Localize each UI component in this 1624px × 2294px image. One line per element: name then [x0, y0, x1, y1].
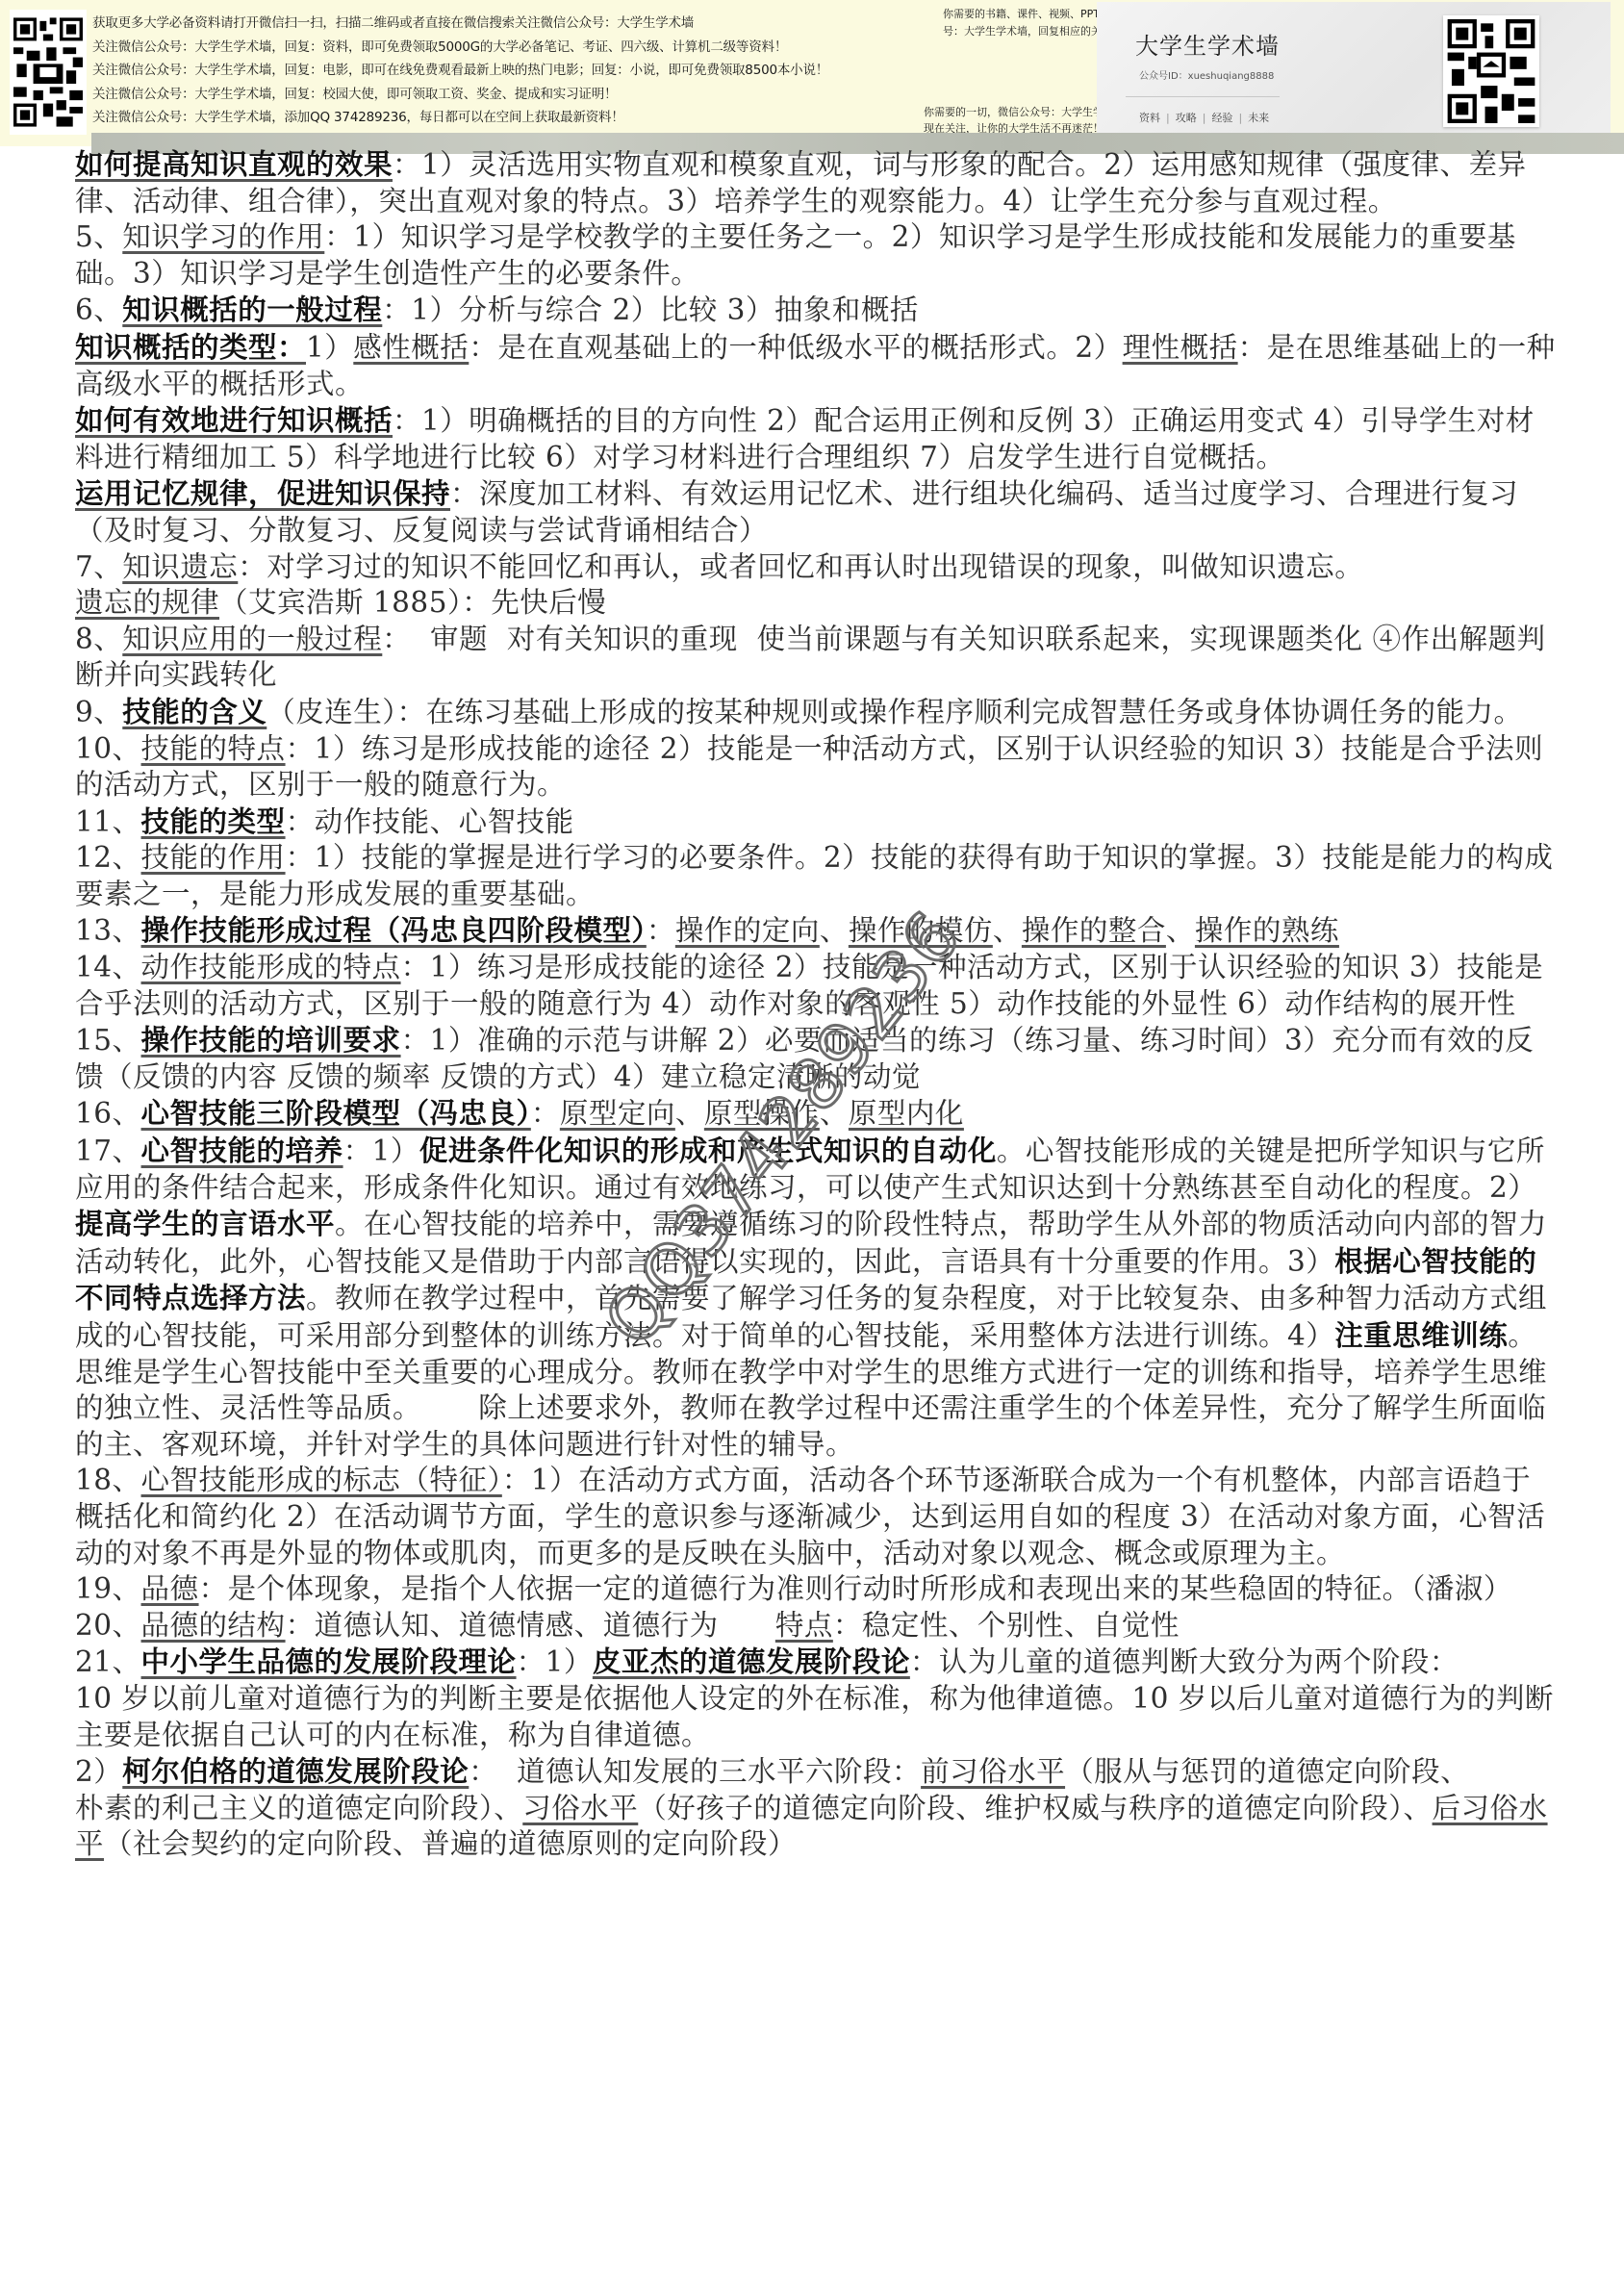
stage-item: 原型操作: [704, 1097, 820, 1130]
paragraph-6: 6、知识概括的一般过程：1）分析与综合 2）比较 3）抽象和概括: [75, 292, 1557, 329]
paragraph-6-methods: 如何有效地进行知识概括：1）明确概括的目的方向性 2）配合运用正例和反例 3）正…: [75, 402, 1557, 475]
promo-line: 获取更多大学必备资料请打开微信扫一扫，扫描二维码或者直接在微信搜索关注微信公众号…: [92, 12, 1074, 36]
body-text: 2）: [75, 1755, 122, 1788]
paragraph-20: 20、品德的结构：道德认知、道德情感、道德行为 特点：稳定性、个别性、自觉性: [75, 1608, 1557, 1644]
heading: 技能的含义: [122, 695, 266, 728]
body-text: ：1）技能的掌握是进行学习的必要条件。2）技能的获得有助于知识的掌握。3）技能是…: [75, 841, 1553, 910]
colon: ：: [531, 1097, 560, 1130]
body-text: （社会契约的定向阶段、普遍的道德原则的定向阶段）: [104, 1827, 797, 1860]
heading: 操作技能形成过程（冯忠良四阶段模型）: [141, 913, 647, 947]
key-point: 促进条件化知识的形成和产生式知识的自动化: [419, 1134, 997, 1167]
body-text: 朴素的利己主义的道德定向阶段）、: [75, 1792, 522, 1824]
qr-code-icon: [13, 13, 83, 131]
heading: 遗忘的规律: [75, 586, 219, 619]
paragraph-16: 16、心智技能三阶段模型（冯忠良）：原型定向、原型操作、原型内化: [75, 1095, 1557, 1133]
stage-item: 操作的熟练: [1195, 914, 1339, 947]
paragraph-11: 11、技能的类型：动作技能、心智技能: [75, 803, 1557, 841]
stage-item: 操作的定向: [675, 914, 820, 947]
item-number: 9、: [75, 696, 122, 728]
item-number: 17、: [75, 1134, 141, 1167]
paragraph-21-kohlberg: 2）柯尔伯格的道德发展阶段论： 道德认知发展的三水平六阶段：前习俗水平（服从与惩…: [75, 1753, 1557, 1791]
heading: 操作技能的培训要求: [141, 1023, 401, 1057]
body-text: 1）: [306, 331, 353, 364]
paragraph-6-review: （及时复习、分散复习、反复阅读与尝试背诵相结合）: [75, 513, 1557, 549]
body-text: （皮连生）：在练习基础上形成的按某种规则或操作程序顺利完成智慧任务或身体协调任务…: [266, 696, 1522, 728]
paragraph-7-law: 遗忘的规律（艾宾浩斯 1885）：先快后慢: [75, 585, 1557, 622]
body-text: （服从与惩罚的道德定向阶段、: [1065, 1755, 1469, 1788]
item-number: 5、: [75, 220, 122, 253]
body-text: ：稳定性、个别性、自觉性: [833, 1609, 1180, 1642]
paragraph-9: 9、技能的含义（皮连生）：在练习基础上形成的按某种规则或操作程序顺利完成智慧任务…: [75, 694, 1557, 731]
item-number: 12、: [75, 841, 141, 874]
body-text: （好孩子的道德定向阶段、维护权威与秩序的道德定向阶段）、: [638, 1792, 1432, 1824]
heading: 知识应用的一般过程: [122, 623, 382, 655]
separator: 、: [1166, 914, 1195, 947]
body-text: ：1）练习是形成技能的途径 2）技能是一种活动方式，区别于认识经验的知识 3）技…: [75, 732, 1543, 802]
divider: [1126, 96, 1280, 97]
paragraph-6-types: 知识概括的类型：1）感性概括：是在直观基础上的一种低级水平的概括形式。2）理性概…: [75, 329, 1557, 402]
separator: 、: [993, 914, 1022, 947]
paragraph-21-levels: 朴素的利己主义的道德定向阶段）、习俗水平（好孩子的道德定向阶段、维护权威与秩序的…: [75, 1791, 1557, 1863]
item-number: 7、: [75, 550, 122, 583]
account-id: 公众号ID：xueshuqiang8888: [1139, 67, 1274, 82]
heading: 如何提高知识直观的效果: [75, 147, 393, 181]
subheading: 柯尔伯格的道德发展阶段论: [122, 1754, 469, 1788]
account-tags: 资料|攻略|经验|未来: [1139, 110, 1269, 125]
heading: 技能的特点: [141, 732, 286, 765]
heading: 知识学习的作用: [122, 220, 324, 253]
item-number: 10、: [75, 732, 141, 765]
body-text: ：动作技能、心智技能: [286, 805, 574, 838]
stage-item: 操作的整合: [1022, 914, 1166, 947]
account-name: 大学生学术墙: [1135, 27, 1280, 61]
promo-line: 关注微信公众号：大学生学术墙，回复：校园大使，即可领取工资、奖金、提成和实习证明…: [92, 83, 1074, 107]
subheading: 皮亚杰的道德发展阶段论: [593, 1644, 910, 1678]
heading: 运用记忆规律，促进知识保持: [75, 476, 450, 510]
body-text: ：1）: [343, 1134, 419, 1167]
tag-future: 未来: [1248, 112, 1269, 124]
paragraph-10: 10、技能的特点：1）练习是形成技能的途径 2）技能是一种活动方式，区别于认识经…: [75, 731, 1557, 803]
paragraph-19: 19、品德：是个体现象，是指个人依据一定的道德行为准则行动时所形成和表现出来的某…: [75, 1571, 1557, 1608]
heading: 知识遗忘: [122, 550, 238, 583]
paragraph-12: 12、技能的作用：1）技能的掌握是进行学习的必要条件。2）技能的获得有助于知识的…: [75, 840, 1557, 912]
heading: 心智技能的培养: [141, 1134, 343, 1167]
item-number: 6、: [75, 293, 122, 326]
heading: 心智技能三阶段模型（冯忠良）: [141, 1096, 531, 1130]
paragraph-17: 17、心智技能的培养：1）促进条件化知识的形成和产生式知识的自动化。心智技能形成…: [75, 1133, 1557, 1463]
item-number: 16、: [75, 1097, 141, 1130]
divider: |: [1203, 112, 1206, 124]
body-text: （艾宾浩斯 1885）：先快后慢: [219, 586, 606, 619]
body-text: ： 道德认知发展的三水平六阶段：: [469, 1755, 921, 1788]
heading: 知识概括的类型：: [75, 330, 306, 364]
tag-materials: 资料: [1139, 112, 1160, 124]
body-text: ：对学习过的知识不能回忆和再认，或者回忆和再认时出现错误的现象，叫做知识遗忘。: [238, 550, 1363, 583]
subheading: 特点: [775, 1609, 833, 1642]
paragraph-18: 18、心智技能形成的标志（特征）：1）在活动方式方面，活动各个环节逐渐联合成为一…: [75, 1463, 1557, 1571]
paragraph-5: 5、知识学习的作用：1）知识学习是学校教学的主要任务之一。2）知识学习是学生形成…: [75, 219, 1557, 292]
paragraph-6-memory: 运用记忆规律，促进知识保持：深度加工材料、有效运用记忆术、进行组块化编码、适当过…: [75, 475, 1557, 513]
separator: 、: [820, 1097, 849, 1130]
item-number: 13、: [75, 914, 141, 947]
item-number: 15、: [75, 1024, 141, 1057]
body-text: ：道德认知、道德情感、道德行为: [286, 1609, 775, 1642]
level-item: 前习俗水平: [921, 1755, 1065, 1788]
key-point: 注重思维训练: [1334, 1318, 1508, 1352]
body-text: ：1）: [517, 1645, 593, 1678]
stage-item: 操作的模仿: [849, 914, 993, 947]
heading: 如何有效地进行知识概括: [75, 403, 393, 437]
heading: 知识概括的一般过程: [122, 293, 382, 326]
stage-item: 原型定向: [560, 1097, 675, 1130]
qr-code-right[interactable]: [1443, 15, 1539, 127]
paragraph-intuition: 如何提高知识直观的效果：1）灵活选用实物直观和模象直观，词与形象的配合。2）运用…: [75, 146, 1557, 219]
tag-experience: 经验: [1211, 112, 1232, 124]
study-notes-document: 如何提高知识直观的效果：1）灵活选用实物直观和模象直观，词与形象的配合。2）运用…: [75, 146, 1557, 1863]
heading: 动作技能形成的特点: [141, 951, 401, 983]
qr-code-left[interactable]: [10, 10, 87, 135]
body-text: ：深度加工材料、有效运用记忆术、进行组块化编码、适当过度学习、合理进行复习: [450, 477, 1518, 510]
item-number: 18、: [75, 1464, 141, 1496]
heading: 技能的类型: [141, 804, 286, 838]
account-card: 大学生学术墙 公众号ID：xueshuqiang8888 资料|攻略|经验|未来…: [1097, 2, 1611, 146]
promo-banner: 获取更多大学必备资料请打开微信扫一扫，扫描二维码或者直接在微信搜索关注微信公众号…: [0, 0, 1624, 146]
body-text: ：是在直观基础上的一种低级水平的概括形式。2）: [469, 331, 1122, 364]
separator: 、: [675, 1097, 704, 1130]
qr-code-icon: [1447, 19, 1535, 123]
heading: 技能的作用: [141, 841, 286, 874]
separator: 、: [820, 914, 849, 947]
subheading: 感性概括: [353, 331, 469, 364]
item-number: 8、: [75, 623, 122, 655]
body-text: ：1）分析与综合 2）比较 3）抽象和概括: [382, 293, 919, 326]
body-text: ：认为儿童的道德判断大致分为两个阶段：: [910, 1645, 1459, 1678]
item-number: 21、: [75, 1645, 141, 1678]
heading: 品德的结构: [141, 1609, 286, 1642]
key-point: 提高学生的言语水平: [75, 1207, 335, 1240]
heading: 品德: [141, 1572, 199, 1605]
body-text: ：是个体现象，是指个人依据一定的道德行为准则行动时所形成和表现出来的某些稳固的特…: [199, 1572, 1512, 1605]
heading: 心智技能形成的标志（特征）: [141, 1464, 502, 1496]
tag-guides: 攻略: [1176, 112, 1197, 124]
level-item: 习俗水平: [522, 1792, 638, 1824]
paragraph-21: 21、中小学生品德的发展阶段理论：1）皮亚杰的道德发展阶段论：认为儿童的道德判断…: [75, 1644, 1557, 1681]
paragraph-15: 15、操作技能的培训要求：1）准确的示范与讲解 2）必要而适当的练习（练习量、练…: [75, 1022, 1557, 1095]
heading: 中小学生品德的发展阶段理论: [141, 1644, 517, 1678]
stage-item: 原型内化: [849, 1097, 964, 1130]
item-number: 20、: [75, 1609, 141, 1642]
promo-line: 关注微信公众号：大学生学术墙，回复：资料，即可免费领取5000G的大学必备笔记、…: [92, 36, 1074, 60]
divider: |: [1238, 112, 1242, 124]
paragraph-7: 7、知识遗忘：对学习过的知识不能回忆和再认，或者回忆和再认时出现错误的现象，叫做…: [75, 549, 1557, 586]
item-number: 11、: [75, 805, 141, 838]
paragraph-14: 14、动作技能形成的特点：1）练习是形成技能的途径 2）技能是一种活动方式，区别…: [75, 950, 1557, 1022]
item-number: 19、: [75, 1572, 141, 1605]
paragraph-21-piaget: 10 岁以前儿童对道德行为的判断主要是依据他人设定的外在标准，称为他律道德。10…: [75, 1681, 1557, 1753]
divider: |: [1166, 112, 1170, 124]
item-number: 14、: [75, 951, 141, 983]
promo-line: 关注微信公众号：大学生学术墙，回复：电影，即可在线免费观看最新上映的热门电影；回…: [92, 59, 1074, 83]
colon: ：: [647, 914, 675, 947]
subheading: 理性概括: [1123, 331, 1238, 364]
paragraph-8: 8、知识应用的一般过程： 审题 对有关知识的重现 使当前课题与有关知识联系起来，…: [75, 622, 1557, 694]
paragraph-13: 13、操作技能形成过程（冯忠良四阶段模型）：操作的定向、操作的模仿、操作的整合、…: [75, 912, 1557, 950]
